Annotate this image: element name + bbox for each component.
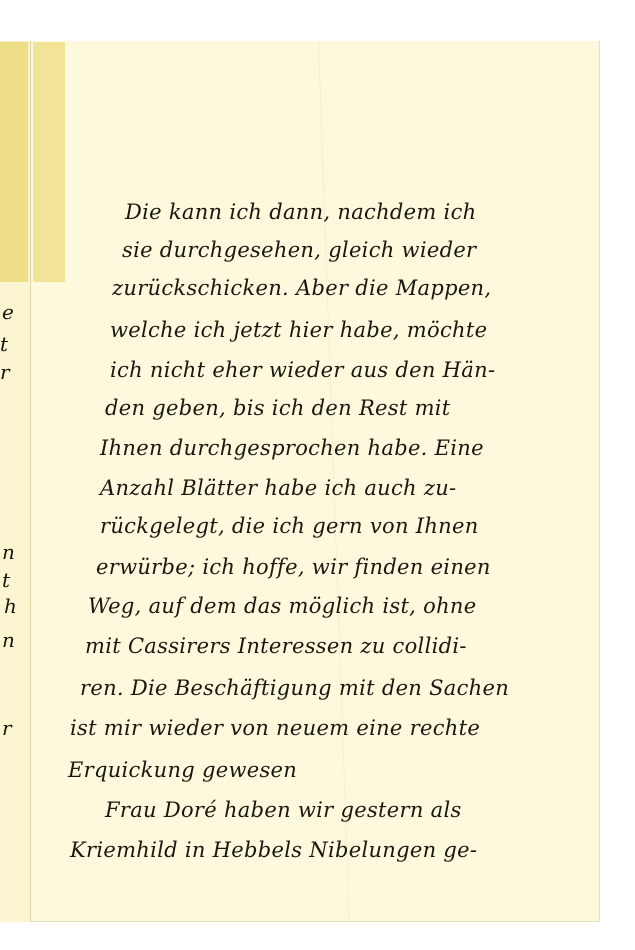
text-line: rückgelegt, die ich gern von Ihnen [100,514,479,538]
text-line: Frau Doré haben wir gestern als [105,798,462,822]
text-fragment: n [2,540,15,564]
text-line: welche ich jetzt hier habe, möchte [110,318,487,342]
text-fragment: e [2,300,14,324]
text-line: Die kann ich dann, nachdem ich [125,200,476,224]
text-fragment: t [2,568,10,592]
text-fragment: h [4,594,17,618]
text-line: Weg, auf dem das möglich ist, ohne [88,594,476,618]
text-line: den geben, bis ich den Rest mit [105,396,451,420]
text-line: mit Cassirers Interessen zu collidi- [85,634,467,658]
text-line: ich nicht eher wieder aus den Hän- [110,358,495,382]
text-line: Ihnen durchgesprochen habe. Eine [100,436,484,460]
text-fragment: r [2,716,12,740]
text-fragment: t [0,332,8,356]
text-line: Anzahl Blätter habe ich auch zu- [100,476,456,500]
text-line: ist mir wieder von neuem eine rechte [70,716,480,740]
text-fragment: n [2,628,15,652]
text-fragment: r [0,360,10,384]
text-line: erwürbe; ich hoffe, wir finden einen [96,555,491,579]
text-line: sie durchgesehen, gleich wieder [122,238,476,262]
text-line: ren. Die Beschäftigung mit den Sachen [80,676,509,700]
text-line: zurückschicken. Aber die Mappen, [112,276,491,300]
text-line: Kriemhild in Hebbels Nibelungen ge- [70,838,477,862]
letter-text: Die kann ich dann, nachdem ich sie durch… [0,0,635,950]
text-line: Erquickung gewesen [68,758,297,782]
